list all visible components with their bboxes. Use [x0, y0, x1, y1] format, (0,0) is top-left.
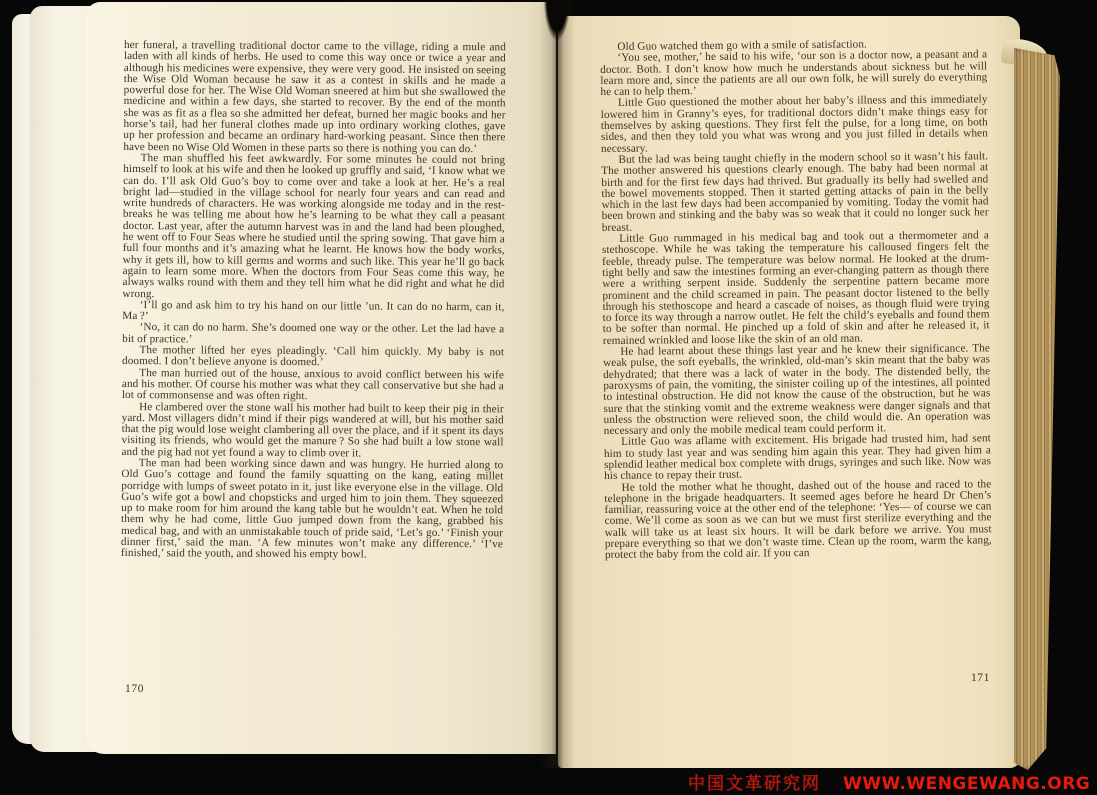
scanned-book-spread: her funeral, a travelling traditional do… — [0, 0, 1097, 795]
page-number-left: 170 — [125, 683, 144, 695]
fore-edge-page-stack — [1014, 48, 1060, 770]
paragraph: ‘You see, mother,’ he said to his wife, … — [600, 50, 987, 99]
book-gutter-shadow — [540, 0, 574, 768]
paragraph: He told the mother what he thought, dash… — [604, 479, 992, 562]
right-page-text: Old Guo watched them go with a smile of … — [600, 38, 992, 561]
paragraph: The man had been working since dawn and … — [121, 458, 504, 562]
paragraph: He clambered over the stone wall his mot… — [121, 401, 503, 460]
paragraph: The man shuffled his feet awkwardly. For… — [122, 153, 505, 302]
book-gutter-top-notch — [544, 0, 570, 40]
watermark-site-url: WWW.WENGEWANG.ORG — [843, 774, 1090, 794]
paragraph: He had learnt about these things last ye… — [603, 343, 991, 437]
paragraph: her funeral, a travelling traditional do… — [123, 40, 506, 155]
paragraph: Little Guo questioned the mother about h… — [601, 95, 989, 155]
paragraph: Little Guo rummaged in his medical bag a… — [602, 230, 990, 347]
paragraph: Little Guo was aflame with excitement. H… — [604, 434, 991, 483]
paragraph: The mother lifted her eyes pleadingly. ‘… — [122, 345, 504, 370]
page-number-right: 171 — [950, 672, 990, 684]
paragraph: The man hurried out of the house, anxiou… — [122, 368, 504, 404]
watermark: 中国文革研究网 WWW.WENGEWANG.ORG — [688, 769, 1088, 794]
paragraph: But the lad was being taught chiefly in … — [601, 151, 989, 234]
watermark-chinese-site-name: 中国文革研究网 — [688, 769, 821, 794]
left-page-text: her funeral, a travelling traditional do… — [121, 40, 506, 562]
